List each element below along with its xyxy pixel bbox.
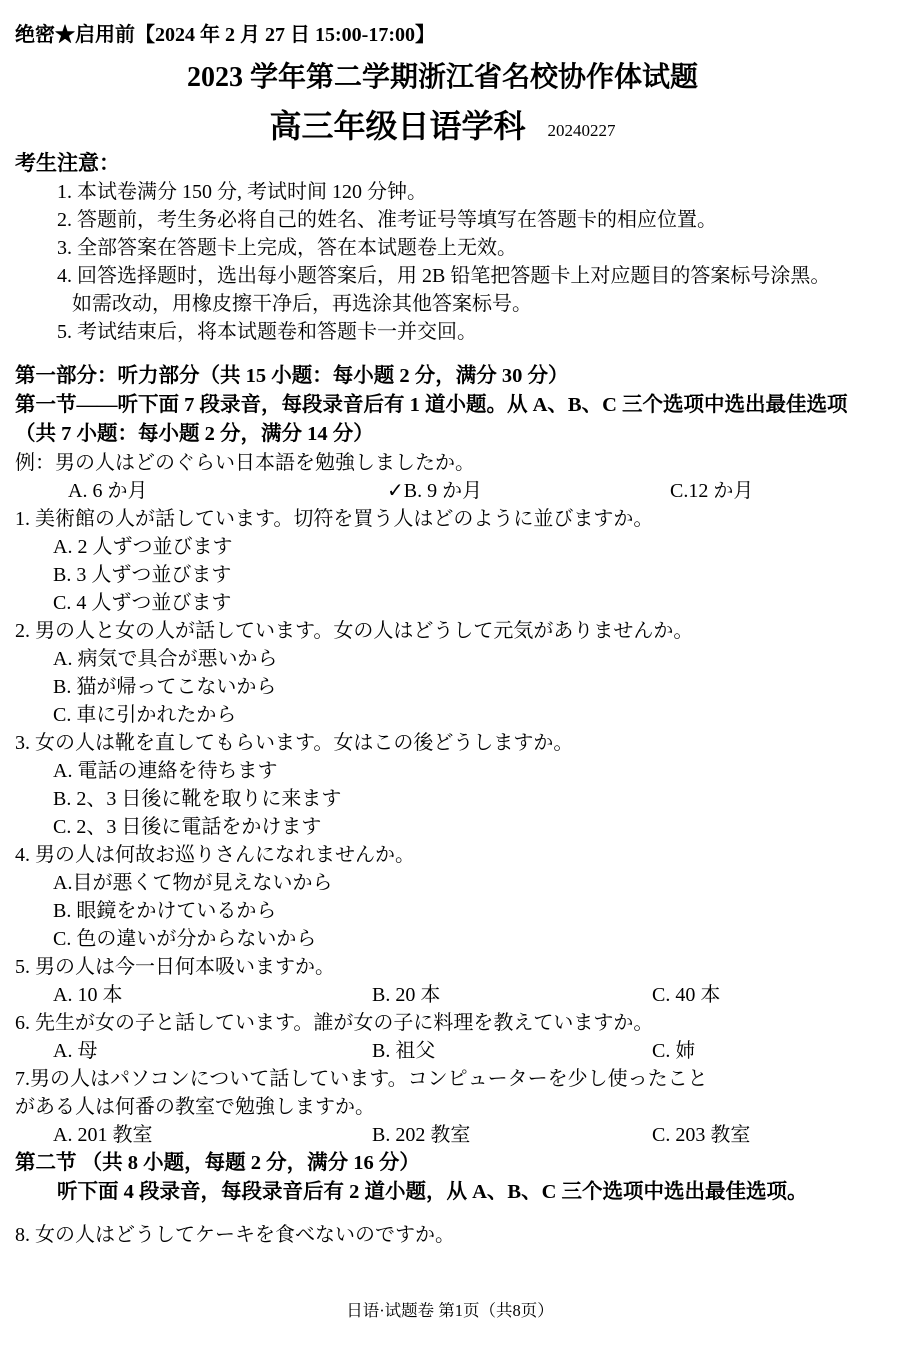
question-text: がある人は何番の教室で勉強しますか。	[15, 1093, 870, 1121]
example-options-row: A. 6 か月✓B. 9 か月C.12 か月	[68, 477, 870, 505]
example-option: A. 6 か月	[68, 477, 387, 505]
notice-item: 5. 考试结束后，将本试题卷和答题卡一并交回。	[57, 318, 870, 346]
question: 5. 男の人は今一日何本吸いますか。A. 10 本B. 20 本C. 40 本	[15, 953, 870, 1009]
example-option: ✓B. 9 か月	[387, 477, 670, 505]
notice-item: 4. 回答选择题时，选出每小题答案后，用 2B 铅笔把答题卡上对应题目的答案标号…	[57, 262, 870, 290]
question-text: 4. 男の人は何故お巡りさんになれませんか。	[15, 841, 870, 869]
option: B. 20 本	[372, 981, 652, 1009]
question-text: 2. 男の人と女の人が話しています。女の人はどうして元気がありませんか。	[15, 617, 870, 645]
notice-list: 1. 本试卷满分 150 分, 考试时间 120 分钟。2. 答题前，考生务必将…	[15, 178, 870, 346]
question: 4. 男の人は何故お巡りさんになれませんか。A.目が悪くて物が見えないからB. …	[15, 841, 870, 953]
question-text: 5. 男の人は今一日何本吸いますか。	[15, 953, 870, 981]
question-text: 7.男の人はパソコンについて話しています。コンピューターを少し使ったこと	[15, 1065, 870, 1093]
question: 7.男の人はパソコンについて話しています。コンピューターを少し使ったことがある人…	[15, 1065, 870, 1149]
option: C. 4 人ずつ並びます	[53, 589, 870, 617]
question: 2. 男の人と女の人が話しています。女の人はどうして元気がありませんか。A. 病…	[15, 617, 870, 729]
notice-item: 如需改动，用橡皮擦干净后，再选涂其他答案标号。	[72, 290, 870, 318]
part1-heading: 第一部分：听力部分（共 15 小题：每小题 2 分，满分 30 分）	[15, 362, 870, 391]
question: 1. 美術館の人が話しています。切符を買う人はどのように並びますか。A. 2 人…	[15, 505, 870, 617]
option: B. 猫が帰ってこないから	[53, 673, 870, 701]
section1-intro-line2: （共 7 小题：每小题 2 分，满分 14 分）	[15, 420, 870, 449]
option: A. 10 本	[53, 981, 372, 1009]
example-question: 例：男の人はどのぐらい日本語を勉強しましたか。	[15, 449, 870, 477]
option: B. 眼鏡をかけているから	[53, 897, 870, 925]
secrecy-line: 绝密★启用前【2024 年 2 月 27 日 15:00-17:00】	[15, 22, 870, 48]
notice-heading: 考生注意：	[15, 150, 870, 178]
option: B. 202 教室	[372, 1121, 652, 1149]
option: A. 母	[53, 1037, 372, 1065]
question-text: 1. 美術館の人が話しています。切符を買う人はどのように並びますか。	[15, 505, 870, 533]
notice-item: 1. 本试卷满分 150 分, 考试时间 120 分钟。	[57, 178, 870, 206]
question-text: 3. 女の人は靴を直してもらいます。女はこの後どうしますか。	[15, 729, 870, 757]
question-text: 6. 先生が女の子と話しています。誰が女の子に料理を教えていますか。	[15, 1009, 870, 1037]
question-8: 8. 女の人はどうしてケーキを食べないのですか。	[15, 1221, 870, 1249]
option: B. 祖父	[372, 1037, 652, 1065]
option: A.目が悪くて物が見えないから	[53, 869, 870, 897]
question: 6. 先生が女の子と話しています。誰が女の子に料理を教えていますか。A. 母B.…	[15, 1009, 870, 1065]
question: 3. 女の人は靴を直してもらいます。女はこの後どうしますか。A. 電話の連絡を待…	[15, 729, 870, 841]
exam-paper-page: 绝密★启用前【2024 年 2 月 27 日 15:00-17:00】 2023…	[0, 0, 900, 1350]
options-row: A. 母B. 祖父C. 姉	[53, 1037, 870, 1065]
option: C. 40 本	[652, 981, 720, 1009]
section1-intro-line1: 第一节——听下面 7 段录音，每段录音后有 1 道小题。从 A、B、C 三个选项…	[15, 391, 870, 420]
notice-item: 2. 答题前，考生务必将自己的姓名、准考证号等填写在答题卡的相应位置。	[57, 206, 870, 234]
option: B. 2、3 日後に靴を取りに来ます	[53, 785, 870, 813]
option: B. 3 人ずつ並びます	[53, 561, 870, 589]
option: C. 姉	[652, 1037, 695, 1065]
option: C. 203 教室	[652, 1121, 750, 1149]
option: A. 電話の連絡を待ちます	[53, 757, 870, 785]
option: C. 車に引かれたから	[53, 701, 870, 729]
option: C. 2、3 日後に電話をかけます	[53, 813, 870, 841]
date-code: 20240227	[548, 116, 616, 146]
subject-title: 高三年级日语学科	[269, 106, 525, 146]
exam-title: 2023 学年第二学期浙江省名校协作体试题	[15, 60, 870, 96]
option: A. 201 教室	[53, 1121, 372, 1149]
option: A. 2 人ずつ並びます	[53, 533, 870, 561]
section2-heading: 第二节 （共 8 小题，每题 2 分，满分 16 分）	[15, 1149, 870, 1178]
option: A. 病気で具合が悪いから	[53, 645, 870, 673]
page-footer: 日语·试题卷 第1页（共8页）	[0, 1300, 900, 1322]
options-row: A. 10 本B. 20 本C. 40 本	[53, 981, 870, 1009]
notice-item: 3. 全部答案在答题卡上完成，答在本试题卷上无效。	[57, 234, 870, 262]
questions-list: 1. 美術館の人が話しています。切符を買う人はどのように並びますか。A. 2 人…	[15, 505, 870, 1149]
subject-title-row: 高三年级日语学科 20240227	[15, 106, 870, 146]
options-row: A. 201 教室B. 202 教室C. 203 教室	[53, 1121, 870, 1149]
section2-instruction: 听下面 4 段录音，每段录音后有 2 道小题，从 A、B、C 三个选项中选出最佳…	[57, 1178, 870, 1207]
option: C. 色の違いが分からないから	[53, 925, 870, 953]
example-option: C.12 か月	[670, 477, 753, 505]
